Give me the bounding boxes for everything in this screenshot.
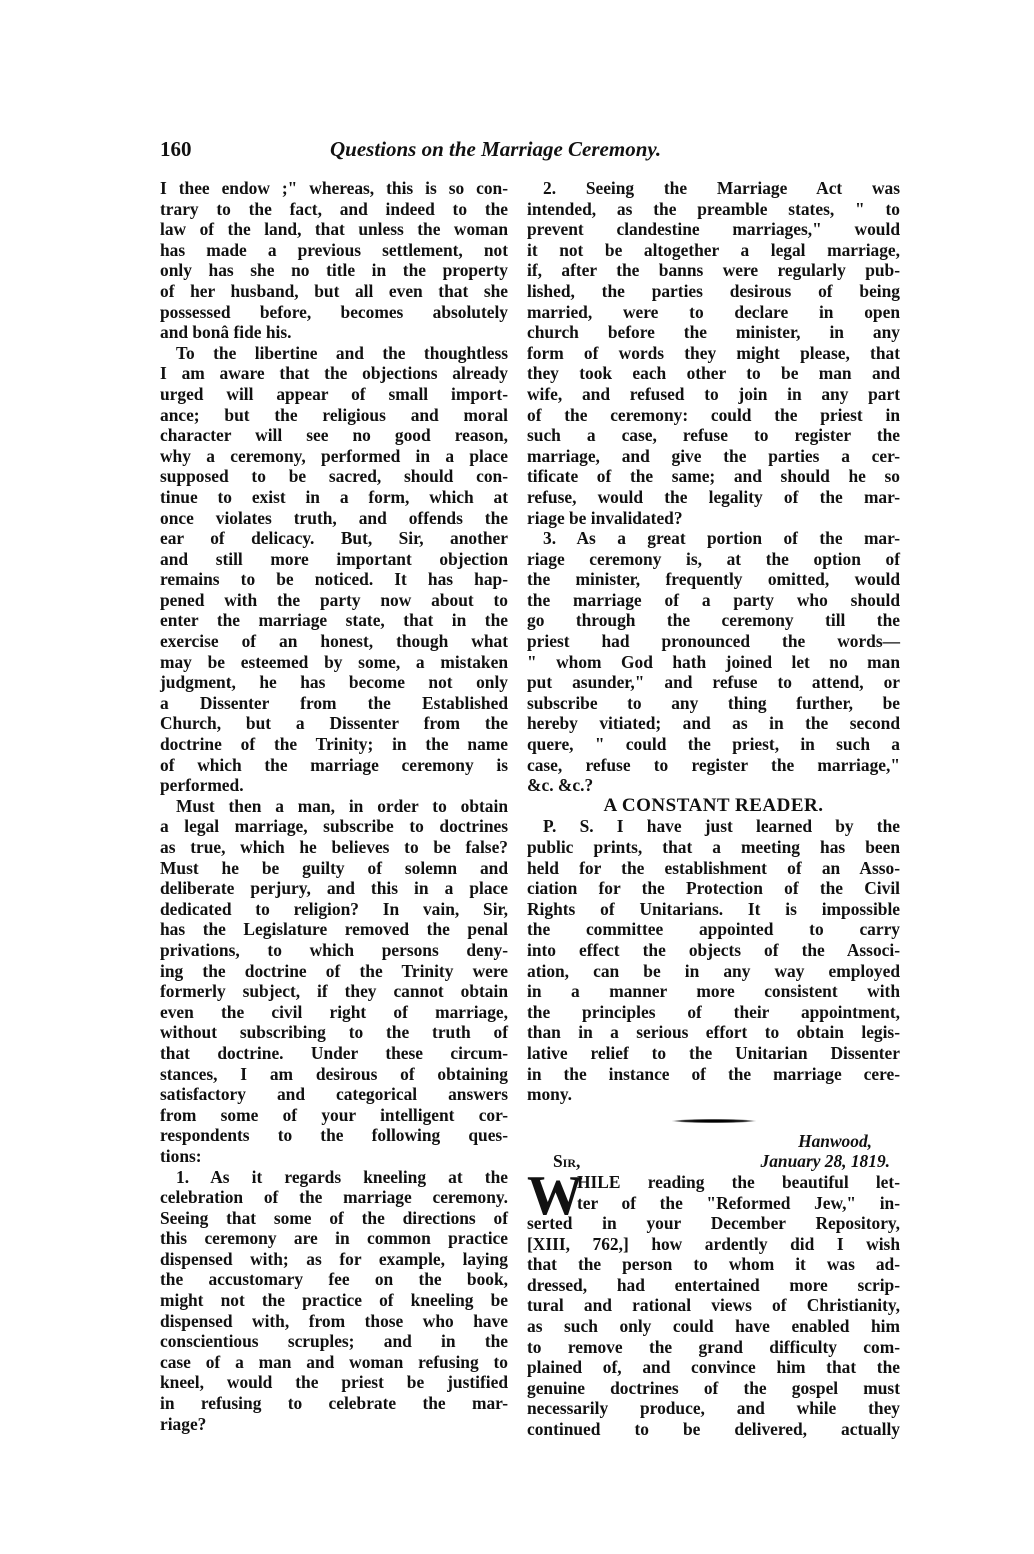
text-line: celebration of the marriage ceremony. — [160, 1187, 508, 1208]
text-line: to remove the grand difficulty com- — [527, 1337, 900, 1358]
letter-place: Hanwood, — [527, 1131, 900, 1152]
text-line: kneel, would the priest be justified — [160, 1372, 508, 1393]
text-line: exercise of an honest, though what — [160, 631, 508, 652]
text-line: 3. As a great portion of the mar- — [527, 528, 900, 549]
text-line: ation, can be in any way employed — [527, 961, 900, 982]
text-line: satisfactory and categorical answers — [160, 1084, 508, 1105]
text-line: marriage, and give the parties a cer- — [527, 446, 900, 467]
text-line: Must he be guilty of solemn and — [160, 858, 508, 879]
text-line: held for the establishment of an Asso- — [527, 858, 900, 879]
text-line: dedicated to religion? In vain, Sir, — [160, 899, 508, 920]
text-line: 1. As it regards kneeling at the — [160, 1167, 508, 1188]
text-line: put asunder," and refuse to attend, or — [527, 672, 900, 693]
text-line: such a case, refuse to register the — [527, 425, 900, 446]
text-line: judgment, he has become not only — [160, 672, 508, 693]
text-line: if, after the banns were regularly pub- — [527, 260, 900, 281]
text-line: church before the minister, in any — [527, 322, 900, 343]
text-line: Church, but a Dissenter from the — [160, 713, 508, 734]
text-line: conscientious scruples; and in the — [160, 1331, 508, 1352]
text-line: ciation for the Protection of the Civil — [527, 878, 900, 899]
text-line: they took each other to be man and — [527, 363, 900, 384]
text-line: without subscribing to the truth of — [160, 1022, 508, 1043]
text-line: Seeing that some of the directions of — [160, 1208, 508, 1229]
text-line: the committee appointed to carry — [527, 919, 900, 940]
text-line: wife, and refused to join in any part — [527, 384, 900, 405]
text-line: may be esteemed by some, a mistaken — [160, 652, 508, 673]
text-line: and bonâ fide his. — [160, 322, 508, 343]
text-line: of the ceremony: could the priest in — [527, 405, 900, 426]
text-line: public prints, that a meeting has been — [527, 837, 900, 858]
questions-2-3: 2. Seeing the Marriage Act wasintended, … — [527, 178, 900, 796]
text-line: enter the marriage state, that in the — [160, 610, 508, 631]
text-line: tions: — [160, 1146, 508, 1167]
text-line: remains to be noticed. It has hap- — [160, 569, 508, 590]
text-line: of which the marriage ceremony is — [160, 755, 508, 776]
text-line: Must then a man, in order to obtain — [160, 796, 508, 817]
text-line: case of a man and woman refusing to — [160, 1352, 508, 1373]
text-line: privations, to which persons deny- — [160, 940, 508, 961]
text-line: tural and rational views of Christianity… — [527, 1295, 900, 1316]
text-line: the accustomary fee on the book, — [160, 1269, 508, 1290]
letter-date: January 28, 1819. — [761, 1151, 890, 1172]
text-line: trary to the fact, and indeed to the — [160, 199, 508, 220]
postscript: P. S. I have just learned by thepublic p… — [527, 816, 900, 1104]
text-line: might not the practice of kneeling be — [160, 1290, 508, 1311]
text-line: hereby vitiated; and as in the second — [527, 713, 900, 734]
text-line: To the libertine and the thoughtless — [160, 343, 508, 364]
text-line: in refusing to celebrate the mar- — [160, 1393, 508, 1414]
text-line: stances, I am desirous of obtaining — [160, 1064, 508, 1085]
text-line: dispensed with, from those who have — [160, 1311, 508, 1332]
text-line: riage be invalidated? — [527, 508, 900, 529]
text-line: continued to be delivered, actually — [527, 1419, 900, 1440]
text-line: into effect the objects of the Associ- — [527, 940, 900, 961]
drop-cap: W — [527, 1174, 583, 1218]
text-line: I thee endow ;" whereas, this is so con- — [160, 178, 508, 199]
text-line: necessarily produce, and while they — [527, 1398, 900, 1419]
running-head: 160 Questions on the Marriage Ceremony. — [160, 137, 905, 167]
text-line: ear of delicacy. But, Sir, another — [160, 528, 508, 549]
text-line: I am aware that the objections already — [160, 363, 508, 384]
text-line: go through the ceremony till the — [527, 610, 900, 631]
text-line: intended, as the preamble states, " to — [527, 199, 900, 220]
signature: A CONSTANT READER. — [527, 796, 900, 817]
text-line: of her husband, but all even that she — [160, 281, 508, 302]
text-line: ing the doctrine of the Trinity were — [160, 961, 508, 982]
scanned-page: 160 Questions on the Marriage Ceremony. … — [0, 0, 1034, 1554]
text-line: genuine doctrines of the gospel must — [527, 1378, 900, 1399]
text-line: once violates truth, and offends the — [160, 508, 508, 529]
text-line: from some of your intelligent cor- — [160, 1105, 508, 1126]
text-line: character will see no good reason, — [160, 425, 508, 446]
text-line: than in a serious effort to obtain legis… — [527, 1022, 900, 1043]
text-line: has the Legislature removed the penal — [160, 919, 508, 940]
text-line: P. S. I have just learned by the — [527, 816, 900, 837]
text-line: lished, the parties desirous of being — [527, 281, 900, 302]
text-line: subscribe to any thing further, be — [527, 693, 900, 714]
text-line: as such only could have enabled him — [527, 1316, 900, 1337]
text-line: Rights of Unitarians. It is impossible — [527, 899, 900, 920]
left-column: I thee endow ;" whereas, this is so con-… — [160, 178, 508, 1434]
text-line: deliberate perjury, and this in a place — [160, 878, 508, 899]
text-line: riage? — [160, 1414, 508, 1435]
text-line: dressed, had entertained more scrip- — [527, 1275, 900, 1296]
text-line: in the instance of the marriage cere- — [527, 1064, 900, 1085]
text-line: in a manner more consistent with — [527, 981, 900, 1002]
text-line: urged will appear of small import- — [160, 384, 508, 405]
right-column: 2. Seeing the Marriage Act wasintended, … — [527, 178, 900, 1440]
text-line: the minister, frequently omitted, would — [527, 569, 900, 590]
text-line: pened with the party now about to — [160, 590, 508, 611]
text-line: has made a previous settlement, not — [160, 240, 508, 261]
text-line: only has she no title in the property — [160, 260, 508, 281]
text-line: 2. Seeing the Marriage Act was — [527, 178, 900, 199]
text-line: performed. — [160, 775, 508, 796]
text-line: lative relief to the Unitarian Dissenter — [527, 1043, 900, 1064]
page-number: 160 — [160, 137, 192, 162]
text-line: law of the land, that unless the woman — [160, 219, 508, 240]
text-line: " whom God hath joined let no man — [527, 652, 900, 673]
text-line: priest had pronounced the words— — [527, 631, 900, 652]
text-line: case, refuse to register the marriage," — [527, 755, 900, 776]
text-line: as true, which he believes to be false? — [160, 837, 508, 858]
text-line: refuse, would the legality of the mar- — [527, 487, 900, 508]
text-line: that the person to whom it was ad- — [527, 1254, 900, 1275]
text-line: &c. &c.? — [527, 775, 900, 796]
text-line: the marriage of a party who should — [527, 590, 900, 611]
text-line: respondents to the following ques- — [160, 1125, 508, 1146]
text-line: prevent clandestine marriages," would — [527, 219, 900, 240]
text-line: a legal marriage, subscribe to doctrines — [160, 816, 508, 837]
text-line: doctrine of the Trinity; in the name — [160, 734, 508, 755]
text-line: dispensed with; as for example, laying — [160, 1249, 508, 1270]
section-divider-rule — [672, 1119, 756, 1123]
text-line: quere, " could the priest, in such a — [527, 734, 900, 755]
text-line: why a ceremony, performed in a place — [160, 446, 508, 467]
text-line: and still more important objection — [160, 549, 508, 570]
text-line: possessed before, becomes absolutely — [160, 302, 508, 323]
text-line: mony. — [527, 1084, 900, 1105]
text-line: married, were to declare in open — [527, 302, 900, 323]
text-line: it not be altogether a legal marriage, — [527, 240, 900, 261]
text-line: plained of, and convince him that the — [527, 1357, 900, 1378]
text-line: form of words they might please, that — [527, 343, 900, 364]
text-line: ance; but the religious and moral — [160, 405, 508, 426]
text-line: formerly subject, if they cannot obtain — [160, 981, 508, 1002]
text-line: riage ceremony is, at the option of — [527, 549, 900, 570]
text-line: tificate of the same; and should he so — [527, 466, 900, 487]
text-line: even the civil right of marriage, — [160, 1002, 508, 1023]
text-line: the principles of their appointment, — [527, 1002, 900, 1023]
text-line: supposed to be sacred, should con- — [160, 466, 508, 487]
text-line: that doctrine. Under these circum- — [160, 1043, 508, 1064]
letter-body: W HILE reading the beautiful let-ter of … — [527, 1172, 900, 1440]
text-line: this ceremony are in common practice — [160, 1228, 508, 1249]
running-title: Questions on the Marriage Ceremony. — [330, 137, 661, 162]
text-line: tinue to exist in a form, which at — [160, 487, 508, 508]
text-line: [XIII, 762,] how ardently did I wish — [527, 1234, 900, 1255]
text-line: a Dissenter from the Established — [160, 693, 508, 714]
